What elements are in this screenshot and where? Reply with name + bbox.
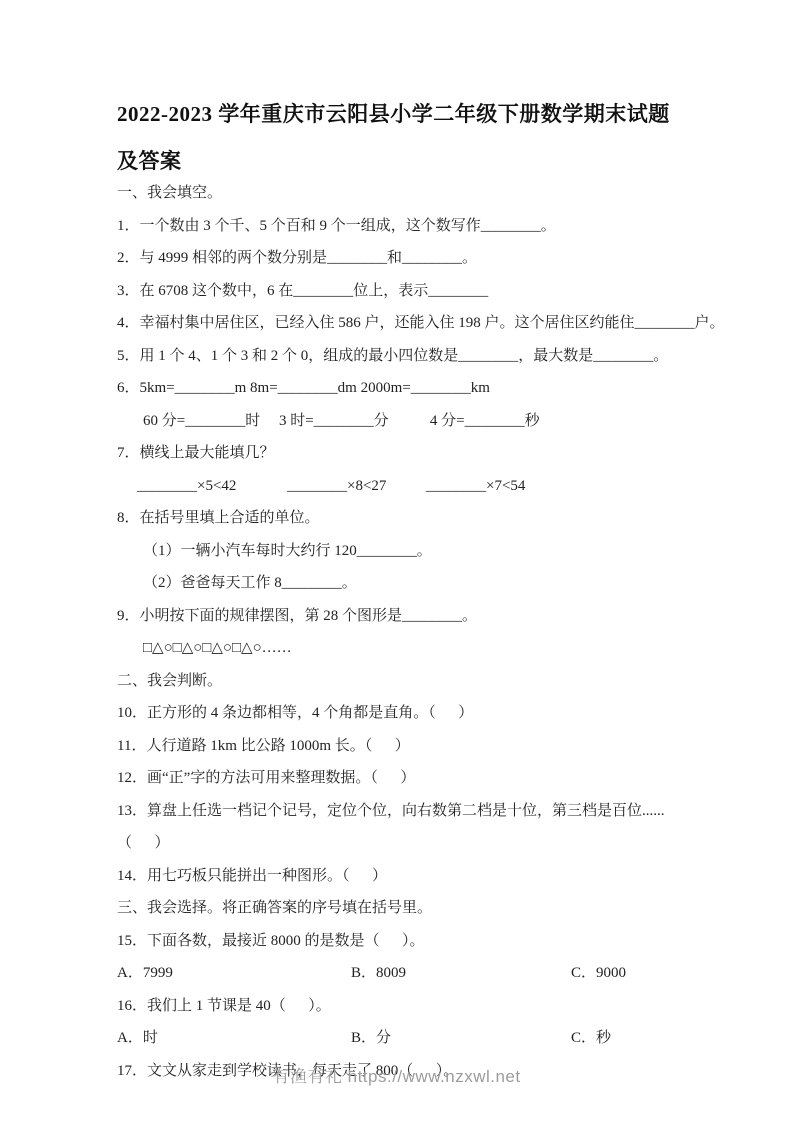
question-7-blanks-col-1: ________×8<27 bbox=[287, 476, 386, 496]
question-15-options-col-1: B．8009 bbox=[351, 963, 406, 983]
question-3: 3．在 6708 这个数中，6 在________位上，表示________ bbox=[0, 281, 793, 301]
question-14: 14．用七巧板只能拼出一种图形。（ ） bbox=[0, 866, 793, 886]
page-title-line-1: 2022-2023 学年重庆市云阳县小学二年级下册数学期末试题 bbox=[0, 0, 793, 127]
question-7-blanks-col-0: ________×5<42 bbox=[137, 476, 236, 496]
question-5: 5．用 1 个 4、1 个 3 和 2 个 0，组成的最小四位数是_______… bbox=[0, 346, 793, 366]
question-11: 11．人行道路 1km 比公路 1000m 长。（ ） bbox=[0, 736, 793, 756]
question-6-line-1: 6．5km=________m 8m=________dm 2000m=____… bbox=[0, 378, 793, 398]
question-15-options-col-2: C．9000 bbox=[571, 963, 626, 983]
question-7: 7．横线上最大能填几？ bbox=[0, 443, 793, 463]
exam-page: 2022-2023 学年重庆市云阳县小学二年级下册数学期末试题 及答案 一、我会… bbox=[0, 0, 793, 1122]
question-9: 9．小明按下面的规律摆图，第 28 个图形是________。 bbox=[0, 606, 793, 626]
question-6-line-2: 60 分=________时 3 时=________分 4 分=_______… bbox=[0, 411, 793, 431]
section-1-heading: 一、我会填空。 bbox=[0, 183, 793, 203]
question-16-options: A．时B．分C．秒 bbox=[0, 1028, 793, 1048]
question-10: 10．正方形的 4 条边都相等，4 个角都是直角。（ ） bbox=[0, 703, 793, 723]
question-13-blank: （ ） bbox=[0, 833, 793, 853]
section-2-heading: 二、我会判断。 bbox=[0, 671, 793, 691]
question-13: 13．算盘上任选一档记个记号，定位个位，向右数第二档是十位，第三档是百位....… bbox=[0, 801, 793, 821]
question-1: 1．一个数由 3 个千、5 个百和 9 个一组成，这个数写作________。 bbox=[0, 216, 793, 236]
footer-url: https://www.nzxwl.net bbox=[348, 1067, 521, 1086]
page-title-line-2: 及答案 bbox=[0, 148, 793, 174]
question-2: 2．与 4999 相邻的两个数分别是________和________。 bbox=[0, 248, 793, 268]
footer-watermark: 有渔有礼 https://www.nzxwl.net bbox=[0, 1062, 793, 1087]
question-7-blanks-col-2: ________×7<54 bbox=[426, 476, 525, 496]
section-3-heading: 三、我会选择。将正确答案的序号填在括号里。 bbox=[0, 898, 793, 918]
question-15-options: A．7999B．8009C．9000 bbox=[0, 963, 793, 983]
question-8: 8．在括号里填上合适的单位。 bbox=[0, 508, 793, 528]
question-7-blanks: ________×5<42________×8<27________×7<54 bbox=[0, 476, 793, 496]
footer-site-name: 有渔有礼 bbox=[272, 1067, 342, 1086]
question-16: 16．我们上 1 节课是 40（ ）。 bbox=[0, 996, 793, 1016]
question-15: 15．下面各数，最接近 8000 的是数是（ ）。 bbox=[0, 931, 793, 951]
question-15-options-col-0: A．7999 bbox=[117, 963, 173, 983]
exam-body: 一、我会填空。1．一个数由 3 个千、5 个百和 9 个一组成，这个数写作___… bbox=[0, 183, 793, 1081]
question-16-options-col-2: C．秒 bbox=[571, 1028, 611, 1048]
question-12: 12．画“正”字的方法可用来整理数据。（ ） bbox=[0, 768, 793, 788]
question-8-sub-1: （1）一辆小汽车每时大约行 120________。 bbox=[0, 541, 793, 561]
question-9-pattern: □△○□△○□△○□△○…… bbox=[0, 638, 793, 658]
question-16-options-col-1: B．分 bbox=[351, 1028, 391, 1048]
question-4: 4．幸福村集中居住区，已经入住 586 户，还能入住 198 户。这个居住区约能… bbox=[0, 313, 793, 333]
question-16-options-col-0: A．时 bbox=[117, 1028, 158, 1048]
question-8-sub-2: （2）爸爸每天工作 8________。 bbox=[0, 573, 793, 593]
